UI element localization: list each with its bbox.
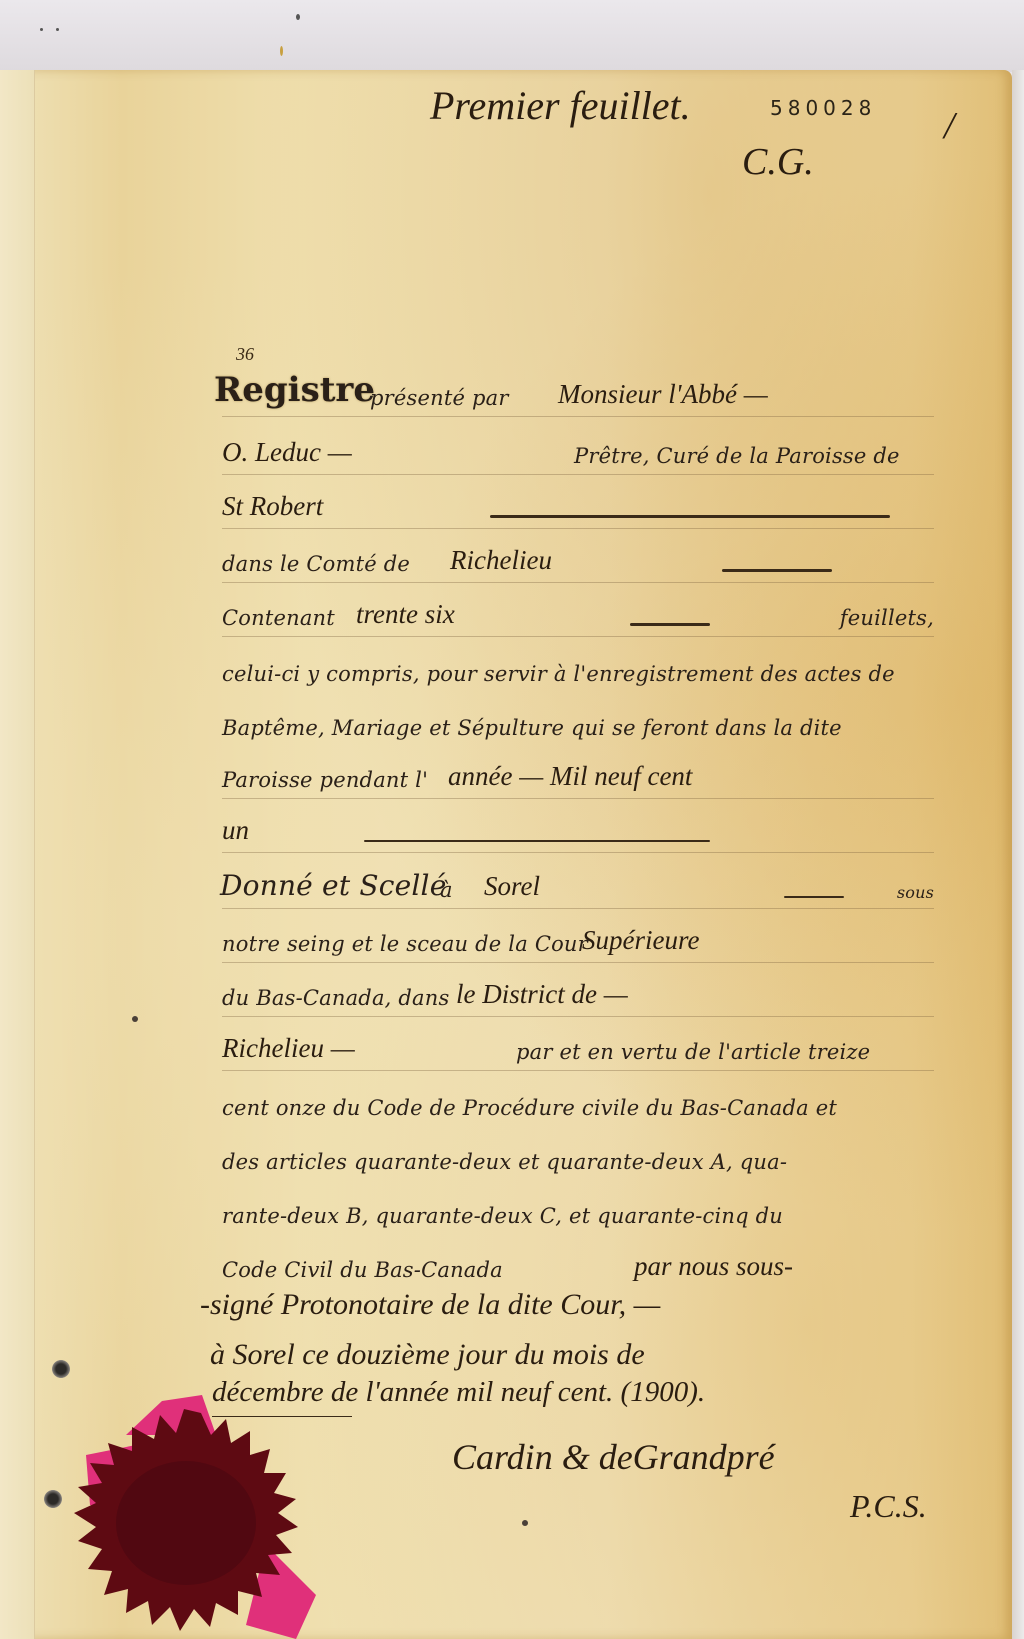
register-line-17: Code Civil du Bas-Canada par nous sous-	[222, 1232, 934, 1288]
printed-text: Contenant	[222, 606, 335, 630]
parish-name: St Robert	[222, 491, 323, 522]
register-line-3: St Robert	[222, 472, 934, 529]
stamp-number: 580028	[770, 96, 876, 120]
register-line-9: un	[222, 796, 934, 853]
register-heading: Registre	[214, 370, 375, 410]
printed-text: cent onze du Code de Procédure civile du…	[222, 1096, 837, 1120]
district-name: Richelieu —	[222, 1033, 355, 1064]
ink-spot	[132, 1016, 138, 1022]
fill-flourish	[364, 840, 710, 842]
fill-flourish	[722, 569, 832, 572]
leaf-count: trente six	[356, 599, 455, 630]
register-line-8: Paroisse pendant l' année — Mil neuf cen…	[222, 742, 934, 799]
tick-mark: /	[944, 104, 955, 148]
printed-text: présenté par	[370, 386, 509, 410]
protonotary-title: P.C.S.	[850, 1488, 927, 1525]
handwritten-close-line-2: à Sorel ce douzième jour du mois de	[210, 1338, 645, 1372]
binding-hole	[52, 1360, 70, 1378]
printed-text: du Bas-Canada, dans	[222, 986, 449, 1010]
register-line-10: Donné et Scellé à Sorel sous	[222, 852, 934, 909]
register-line-2: O. Leduc — Prêtre, Curé de la Paroisse d…	[222, 418, 934, 475]
printed-text: des articles quarante-deux et quarante-d…	[222, 1150, 787, 1174]
register-line-12: du Bas-Canada, dans le District de —	[222, 960, 934, 1017]
printed-text: notre seing et le sceau de la Cour	[222, 932, 588, 956]
printed-text: Prêtre, Curé de la Paroisse de	[574, 444, 900, 468]
dust-speck	[280, 46, 283, 56]
printed-text: dans le Comté de	[222, 552, 410, 576]
register-line-15: des articles quarante-deux et quarante-d…	[222, 1124, 934, 1180]
year-text: année — Mil neuf cent	[448, 761, 692, 792]
printed-text: à	[440, 878, 453, 902]
protonotary-signature: Cardin & deGrandpré	[452, 1436, 775, 1478]
printed-text: feuillets,	[840, 606, 934, 630]
printed-text: Baptême, Mariage et Sépulture qui se fer…	[222, 716, 842, 740]
dust-speck	[40, 28, 43, 31]
register-line-14: cent onze du Code de Procédure civile du…	[222, 1070, 934, 1126]
header-annotation: Premier feuillet.	[430, 82, 691, 129]
court-name: Supérieure	[582, 925, 699, 956]
fill-flourish	[630, 623, 710, 626]
printed-text: par et en vertu de l'article treize	[516, 1040, 870, 1064]
register-line-5: Contenant trente six feuillets,	[222, 580, 934, 637]
binding-strip	[0, 70, 35, 1639]
written-text: par nous sous-	[634, 1251, 793, 1282]
register-line-16: rante-deux B, quarante-deux C, et quaran…	[222, 1178, 934, 1234]
printed-text: sous	[897, 883, 934, 902]
dust-speck	[296, 14, 300, 20]
priest-name: O. Leduc —	[222, 437, 352, 468]
given-sealed-heading: Donné et Scellé	[220, 869, 446, 902]
handwritten-close-line-1: -signé Protonotaire de la dite Cour, —	[200, 1288, 660, 1322]
county-name: Richelieu	[450, 545, 552, 576]
year-text: un	[222, 815, 249, 846]
register-line-7: Baptême, Mariage et Sépulture qui se fer…	[222, 690, 934, 746]
wax-seal-icon	[66, 1395, 336, 1639]
ink-spot	[522, 1520, 528, 1526]
binding-hole	[44, 1490, 62, 1508]
scan-background	[0, 0, 1024, 72]
city-name: Sorel	[484, 871, 540, 902]
printed-text: Code Civil du Bas-Canada	[222, 1258, 503, 1282]
register-line-1: Registre présenté par Monsieur l'Abbé —	[222, 360, 934, 417]
fill-flourish	[490, 515, 890, 518]
printed-text: rante-deux B, quarante-deux C, et quaran…	[222, 1204, 783, 1228]
page-edge	[1012, 70, 1024, 1639]
register-line-13: Richelieu — par et en vertu de l'article…	[222, 1014, 934, 1071]
register-line-4: dans le Comté de Richelieu	[222, 526, 934, 583]
district-text: le District de —	[456, 979, 628, 1010]
printed-text: Paroisse pendant l'	[222, 768, 428, 792]
register-line-11: notre seing et le sceau de la Cour Supér…	[222, 906, 934, 963]
dust-speck	[56, 28, 59, 31]
register-line-6: celui-ci y compris, pour servir à l'enre…	[222, 636, 934, 692]
fill-flourish	[784, 896, 844, 898]
written-text: Monsieur l'Abbé —	[558, 379, 768, 410]
printed-text: celui-ci y compris, pour servir à l'enre…	[222, 662, 895, 686]
header-initials: C.G.	[742, 140, 814, 184]
